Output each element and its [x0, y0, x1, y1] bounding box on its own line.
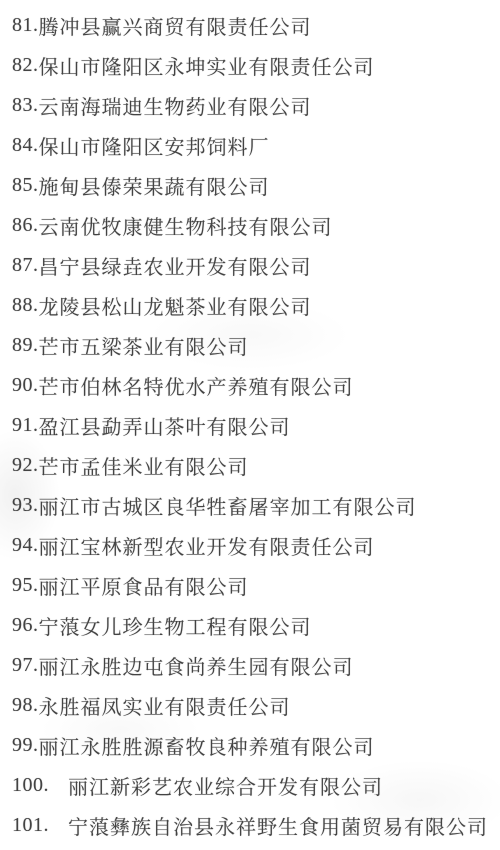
list-item: 94. 丽江宝林新型农业开发有限责任公司 — [12, 525, 500, 565]
item-number: 101. — [12, 814, 49, 837]
list-item: 82. 保山市隆阳区永坤实业有限责任公司 — [12, 45, 500, 85]
list-item: 101. 宁蒗彝族自治县永祥野生食用菌贸易有限公司 — [12, 805, 500, 845]
list-item: 100. 丽江新彩艺农业综合开发有限公司 — [12, 765, 500, 805]
item-number: 98. — [12, 694, 39, 717]
company-name: 丽江永胜胜源畜牧良种养殖有限公司 — [39, 731, 375, 760]
company-name: 保山市隆阳区永坤实业有限责任公司 — [39, 51, 375, 80]
company-name: 丽江永胜边屯食尚养生园有限公司 — [39, 651, 354, 680]
item-number: 85. — [12, 174, 39, 197]
company-name: 芒市孟佳米业有限公司 — [39, 451, 249, 480]
item-number: 97. — [12, 654, 39, 677]
company-list: 81. 腾冲县赢兴商贸有限责任公司 82. 保山市隆阳区永坤实业有限责任公司 8… — [0, 0, 500, 845]
item-number: 92. — [12, 454, 39, 477]
company-name: 永胜福凤实业有限责任公司 — [39, 691, 291, 720]
company-name: 龙陵县松山龙魁茶业有限公司 — [39, 291, 312, 320]
item-number: 93. — [12, 494, 39, 517]
item-number: 87. — [12, 254, 39, 277]
company-name: 昌宁县绿垚农业开发有限公司 — [39, 251, 312, 280]
list-item: 87. 昌宁县绿垚农业开发有限公司 — [12, 245, 500, 285]
company-name: 保山市隆阳区安邦饲料厂 — [39, 131, 270, 160]
item-number: 95. — [12, 574, 39, 597]
item-number: 99. — [12, 734, 39, 757]
list-item: 90. 芒市伯林名特优水产养殖有限公司 — [12, 365, 500, 405]
company-name: 腾冲县赢兴商贸有限责任公司 — [39, 11, 312, 40]
item-number: 83. — [12, 94, 39, 117]
item-number: 96. — [12, 614, 39, 637]
company-name: 芒市五梁茶业有限公司 — [39, 331, 249, 360]
item-number: 91. — [12, 414, 39, 437]
company-name: 盈江县勐弄山茶叶有限公司 — [39, 411, 291, 440]
company-name: 施甸县傣荣果蔬有限公司 — [39, 171, 270, 200]
company-name: 宁蒗彝族自治县永祥野生食用菌贸易有限公司 — [68, 811, 488, 840]
company-name: 云南优牧康健生物科技有限公司 — [39, 211, 333, 240]
item-number: 81. — [12, 14, 39, 37]
list-item: 96. 宁蒗女儿珍生物工程有限公司 — [12, 605, 500, 645]
company-name: 丽江新彩艺农业综合开发有限公司 — [68, 771, 383, 800]
list-item: 95. 丽江平原食品有限公司 — [12, 565, 500, 605]
company-name: 芒市伯林名特优水产养殖有限公司 — [39, 371, 354, 400]
list-item: 85. 施甸县傣荣果蔬有限公司 — [12, 165, 500, 205]
item-number: 86. — [12, 214, 39, 237]
list-item: 86. 云南优牧康健生物科技有限公司 — [12, 205, 500, 245]
list-item: 99. 丽江永胜胜源畜牧良种养殖有限公司 — [12, 725, 500, 765]
company-name: 宁蒗女儿珍生物工程有限公司 — [39, 611, 312, 640]
company-name: 丽江平原食品有限公司 — [39, 571, 249, 600]
list-item: 98. 永胜福凤实业有限责任公司 — [12, 685, 500, 725]
item-number: 82. — [12, 54, 39, 77]
item-number: 84. — [12, 134, 39, 157]
item-number: 90. — [12, 374, 39, 397]
list-item: 97. 丽江永胜边屯食尚养生园有限公司 — [12, 645, 500, 685]
list-item: 92. 芒市孟佳米业有限公司 — [12, 445, 500, 485]
list-item: 81. 腾冲县赢兴商贸有限责任公司 — [12, 5, 500, 45]
item-number: 94. — [12, 534, 39, 557]
item-number: 88. — [12, 294, 39, 317]
list-item: 84. 保山市隆阳区安邦饲料厂 — [12, 125, 500, 165]
company-name: 云南海瑞迪生物药业有限公司 — [39, 91, 312, 120]
list-item: 88. 龙陵县松山龙魁茶业有限公司 — [12, 285, 500, 325]
company-name: 丽江宝林新型农业开发有限责任公司 — [39, 531, 375, 560]
list-item: 91. 盈江县勐弄山茶叶有限公司 — [12, 405, 500, 445]
company-name: 丽江市古城区良华牲畜屠宰加工有限公司 — [39, 491, 417, 520]
item-number: 89. — [12, 334, 39, 357]
list-item: 89. 芒市五梁茶业有限公司 — [12, 325, 500, 365]
list-item: 83. 云南海瑞迪生物药业有限公司 — [12, 85, 500, 125]
item-number: 100. — [12, 774, 49, 797]
list-item: 93. 丽江市古城区良华牲畜屠宰加工有限公司 — [12, 485, 500, 525]
scanned-document-page: 81. 腾冲县赢兴商贸有限责任公司 82. 保山市隆阳区永坤实业有限责任公司 8… — [0, 0, 500, 850]
